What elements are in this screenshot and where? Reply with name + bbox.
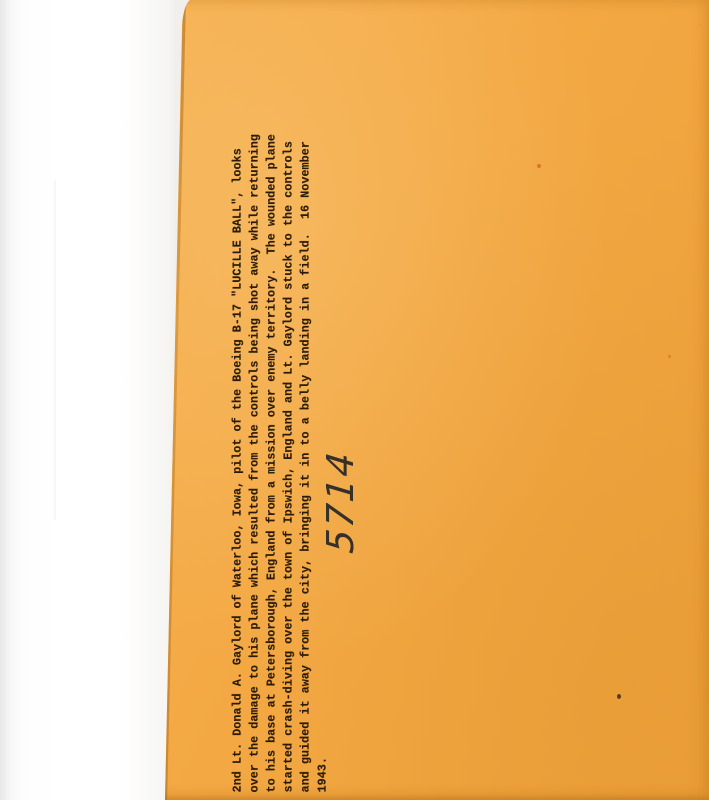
paper-speck xyxy=(668,355,671,358)
handwritten-photo-number: 5714 xyxy=(319,457,363,553)
scanned-photo-back: 2nd Lt. Donald A. Gaylord of Waterloo, I… xyxy=(0,0,709,800)
paper-speck xyxy=(617,694,621,699)
caption-line-5: and guided it away from the city, bringi… xyxy=(298,128,315,793)
scanner-shadow-streak xyxy=(54,180,56,520)
paper-speck xyxy=(699,24,702,27)
handwritten-photo-number-text: 5714 xyxy=(319,449,363,556)
caption-line-3: to his base at Petersborough, England fr… xyxy=(264,128,281,793)
caption-line-4: started crash-diving over the town of Ip… xyxy=(281,128,298,793)
paper-bottom-shadow xyxy=(160,794,709,800)
caption-line-2: over the damage to his plane which resul… xyxy=(247,128,264,793)
typed-caption: 2nd Lt. Donald A. Gaylord of Waterloo, I… xyxy=(230,128,332,793)
caption-line-1: 2nd Lt. Donald A. Gaylord of Waterloo, I… xyxy=(230,128,247,793)
paper-speck xyxy=(537,164,541,168)
